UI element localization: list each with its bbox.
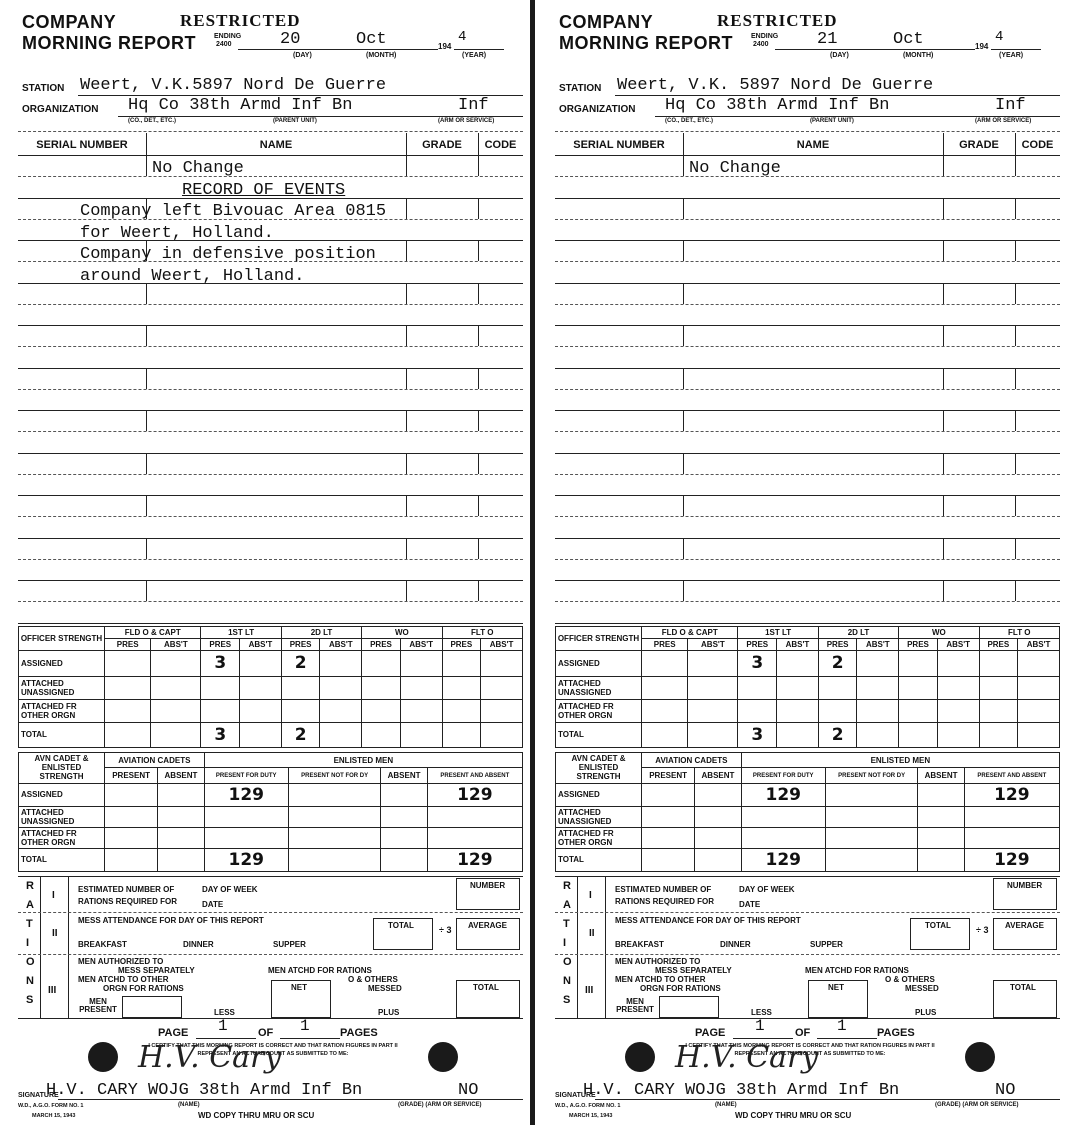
- officer-cell: [857, 651, 899, 676]
- officer-cell: [320, 722, 362, 747]
- form-date: MARCH 15, 1943: [569, 1113, 612, 1119]
- rations-side-letter: I: [563, 937, 566, 949]
- enlisted-cell: [642, 806, 695, 827]
- officer-sub-header: PRES: [738, 639, 777, 651]
- month-label: (MONTH): [903, 52, 933, 59]
- officer-cell: [899, 699, 938, 722]
- page-divider: [530, 0, 535, 1125]
- rations-side-letter: O: [563, 956, 572, 968]
- enlisted-cell: [204, 806, 288, 827]
- enlisted-cell: [964, 806, 1059, 827]
- officer-strength-label: OFFICER STRENGTH: [556, 627, 642, 651]
- enlisted-cell: 129: [427, 783, 522, 806]
- section-ii-number: II: [52, 928, 58, 939]
- men-atchd-rations-label: MEN ATCHD FOR RATIONS: [268, 966, 372, 975]
- officer-cell: [777, 699, 819, 722]
- enlisted-cell: [918, 806, 964, 827]
- rations-side-letter: T: [563, 918, 570, 930]
- officer-cell: [642, 722, 688, 747]
- enlisted-cell: [158, 848, 204, 871]
- officer-cell: [818, 676, 857, 699]
- enlisted-cell: [825, 848, 918, 871]
- officer-cell: [688, 676, 738, 699]
- aviation-cadets-header: AVIATION CADETS: [105, 753, 205, 768]
- station-label: STATION: [559, 83, 601, 94]
- officer-row-label: ASSIGNED: [556, 651, 642, 676]
- form-title-morning-report: MORNING REPORT: [559, 33, 733, 53]
- seal-left-icon: [88, 1042, 118, 1072]
- station-label: STATION: [22, 83, 64, 94]
- rations-side-letter: R: [26, 880, 34, 892]
- enlisted-row-label: ATTACHED UNASSIGNED: [19, 806, 105, 827]
- enlisted-cell: 129: [204, 783, 288, 806]
- officer-cell: [738, 699, 777, 722]
- officer-cell: [151, 722, 201, 747]
- year-label: (YEAR): [462, 52, 486, 59]
- officer-sub-header: PRES: [899, 639, 938, 651]
- messed-label: MESSED: [905, 984, 939, 993]
- form-title-company: COMPANY: [559, 12, 653, 32]
- organization-value: Hq Co 38th Armd Inf Bn: [665, 97, 889, 115]
- officer-cell: [1018, 722, 1060, 747]
- enlisted-cell: [288, 783, 381, 806]
- record-entry: Company in defensive position: [80, 246, 376, 264]
- officer-cell: [937, 699, 979, 722]
- year-prefix: 194: [975, 42, 988, 51]
- officer-cell: [105, 676, 151, 699]
- plus-label: PLUS: [378, 1008, 399, 1017]
- form-number: W.D., A.G.O. FORM NO. 1: [18, 1103, 84, 1109]
- enlisted-cell: [695, 848, 741, 871]
- enlisted-row-label: ASSIGNED: [19, 783, 105, 806]
- men-present-label: MEN PRESENT: [615, 998, 655, 1014]
- officer-cell: [400, 699, 442, 722]
- officer-sub-header: ABS'T: [151, 639, 201, 651]
- officer-cell: [937, 651, 979, 676]
- officer-sub-header: PRES: [201, 639, 240, 651]
- officer-cell: [481, 676, 523, 699]
- officer-group-header: 1ST LT: [738, 627, 818, 639]
- enlisted-strength-table: AVN CADET & ENLISTED STRENGTHAVIATION CA…: [555, 752, 1060, 872]
- enlisted-row-label: TOTAL: [556, 848, 642, 871]
- enlisted-men-header: ENLISTED MEN: [741, 753, 1059, 768]
- officer-group-header: WO: [899, 627, 979, 639]
- name-label: (NAME): [715, 1102, 737, 1108]
- enlisted-cell: 129: [741, 848, 825, 871]
- dinner-label: DINNER: [720, 940, 751, 949]
- record-entry: No Change: [152, 160, 244, 178]
- enlisted-strength-label: AVN CADET & ENLISTED STRENGTH: [19, 753, 105, 784]
- date-label: DATE: [202, 900, 223, 909]
- org-sub-label-1: (CO., DET., ETC.): [665, 118, 713, 124]
- morning-report-oct-20: COMPANY MORNING REPORT RESTRICTED ENDING…: [18, 0, 528, 1125]
- officer-cell: [642, 651, 688, 676]
- officer-strength-table: OFFICER STRENGTHFLD O & CAPT1ST LT2D LTW…: [18, 626, 523, 748]
- morning-report-oct-21: COMPANY MORNING REPORT RESTRICTED ENDING…: [555, 0, 1065, 1125]
- officer-sub-header: PRES: [979, 639, 1018, 651]
- rations-side-letter: A: [563, 899, 571, 911]
- handwritten-signature: H.V. Cary: [138, 1040, 281, 1075]
- officer-cell: [937, 722, 979, 747]
- enlisted-cell: [288, 827, 381, 848]
- officer-cell: [105, 699, 151, 722]
- enlisted-col-header: PRESENT AND ABSENT: [964, 768, 1059, 783]
- men-present-box: [659, 996, 719, 1018]
- enlisted-row-label: ATTACHED FR OTHER ORGN: [556, 827, 642, 848]
- o-others-label: O & OTHERS: [885, 975, 935, 984]
- record-entry: No Change: [689, 160, 781, 178]
- enlisted-cell: [158, 827, 204, 848]
- officer-cell: [105, 651, 151, 676]
- enlisted-cell: [105, 783, 158, 806]
- enlisted-cell: [381, 848, 427, 871]
- org-sub-label-3: (ARM OR SERVICE): [438, 118, 494, 124]
- enlisted-cell: [918, 848, 964, 871]
- officer-group-header: 1ST LT: [201, 627, 281, 639]
- officer-sub-header: ABS'T: [688, 639, 738, 651]
- total-label-2: TOTAL: [473, 983, 499, 992]
- officer-cell: [688, 699, 738, 722]
- footer-text: WD COPY THRU MRU OR SCU: [198, 1111, 314, 1120]
- rations-side-letter: I: [26, 937, 29, 949]
- officer-cell: 3: [738, 651, 777, 676]
- rations-side-letter: T: [26, 918, 33, 930]
- officer-cell: [201, 699, 240, 722]
- enlisted-cell: [642, 827, 695, 848]
- officer-cell: [937, 676, 979, 699]
- footer-text: WD COPY THRU MRU OR SCU: [735, 1111, 851, 1120]
- organization-label: ORGANIZATION: [22, 104, 98, 115]
- signer-grade: NO: [458, 1082, 478, 1100]
- officer-cell: 2: [281, 651, 320, 676]
- men-authorized-label: MEN AUTHORIZED TO: [78, 957, 163, 966]
- aviation-cadets-header: AVIATION CADETS: [642, 753, 742, 768]
- officer-sub-header: ABS'T: [400, 639, 442, 651]
- officer-group-header: WO: [362, 627, 442, 639]
- officer-cell: [281, 699, 320, 722]
- enlisted-cell: 129: [204, 848, 288, 871]
- officer-sub-header: PRES: [818, 639, 857, 651]
- estimated-number-label: ESTIMATED NUMBER OF: [78, 885, 174, 894]
- col-serial-number: SERIAL NUMBER: [555, 139, 683, 151]
- officer-cell: [240, 651, 282, 676]
- enlisted-cell: [695, 827, 741, 848]
- rations-side-letter: S: [26, 994, 33, 1006]
- page-number: 1: [218, 1017, 228, 1035]
- plus-label: PLUS: [915, 1008, 936, 1017]
- enlisted-cell: [825, 783, 918, 806]
- enlisted-col-header: ABSENT: [918, 768, 964, 783]
- supper-label: SUPPER: [810, 940, 843, 949]
- enlisted-col-header: ABSENT: [695, 768, 741, 783]
- enlisted-men-header: ENLISTED MEN: [204, 753, 522, 768]
- station-value: Weert, V.K. 5897 Nord De Guerre: [617, 77, 933, 95]
- handwritten-signature: H.V. Cary: [675, 1040, 818, 1075]
- col-code: CODE: [1015, 139, 1060, 151]
- officer-sub-header: PRES: [105, 639, 151, 651]
- enlisted-cell: [288, 848, 381, 871]
- officer-cell: [857, 699, 899, 722]
- average-label: AVERAGE: [1005, 921, 1044, 930]
- rations-side-letter: A: [26, 899, 34, 911]
- number-label: NUMBER: [470, 881, 505, 890]
- signer-name: H.V. CARY WOJG 38th Armd Inf Bn: [46, 1082, 362, 1100]
- enlisted-cell: [381, 783, 427, 806]
- officer-cell: [818, 699, 857, 722]
- officer-cell: [151, 651, 201, 676]
- col-grade: GRADE: [943, 139, 1015, 151]
- enlisted-cell: 129: [964, 783, 1059, 806]
- enlisted-cell: [105, 848, 158, 871]
- enlisted-col-header: PRESENT AND ABSENT: [427, 768, 522, 783]
- officer-sub-header: ABS'T: [937, 639, 979, 651]
- officer-row-label: TOTAL: [556, 722, 642, 747]
- officer-cell: [400, 722, 442, 747]
- signer-name: H.V. CARY WOJG 38th Armd Inf Bn: [583, 1082, 899, 1100]
- enlisted-cell: [642, 848, 695, 871]
- ending-time: 2400: [753, 41, 769, 48]
- seal-left-icon: [625, 1042, 655, 1072]
- enlisted-cell: [288, 806, 381, 827]
- men-atchd-other-label: MEN ATCHD TO OTHER: [78, 975, 169, 984]
- officer-cell: [738, 676, 777, 699]
- officer-row-label: TOTAL: [19, 722, 105, 747]
- officer-cell: [777, 722, 819, 747]
- rations-side-letter: N: [563, 975, 571, 987]
- officer-cell: [777, 676, 819, 699]
- average-label: AVERAGE: [468, 921, 507, 930]
- officer-cell: [442, 699, 481, 722]
- officer-sub-header: ABS'T: [240, 639, 282, 651]
- page-total: 1: [300, 1017, 310, 1035]
- enlisted-cell: [204, 827, 288, 848]
- section-i-number: I: [52, 890, 55, 901]
- enlisted-row-label: TOTAL: [19, 848, 105, 871]
- enlisted-col-header: PRESENT: [105, 768, 158, 783]
- enlisted-row-label: ASSIGNED: [556, 783, 642, 806]
- officer-cell: [481, 699, 523, 722]
- officer-cell: [481, 722, 523, 747]
- officer-cell: [240, 699, 282, 722]
- enlisted-col-header: PRESENT: [642, 768, 695, 783]
- officer-cell: [979, 676, 1018, 699]
- restricted-stamp: RESTRICTED: [717, 11, 838, 31]
- grade-label: (GRADE) (ARM OR SERVICE): [398, 1102, 482, 1108]
- seal-right-icon: [428, 1042, 458, 1072]
- officer-cell: [151, 699, 201, 722]
- org-sub-label-2: (PARENT UNIT): [273, 118, 317, 124]
- col-code: CODE: [478, 139, 523, 151]
- officer-group-header: FLT O: [979, 627, 1059, 639]
- mess-attendance-label: MESS ATTENDANCE FOR DAY OF THIS REPORT: [78, 916, 264, 925]
- officer-sub-header: PRES: [442, 639, 481, 651]
- enlisted-cell: 129: [964, 848, 1059, 871]
- of-label: OF: [795, 1027, 810, 1039]
- officer-strength-label: OFFICER STRENGTH: [19, 627, 105, 651]
- officer-cell: [1018, 651, 1060, 676]
- officer-cell: [281, 676, 320, 699]
- ending-label: ENDING: [214, 33, 241, 40]
- record-entry: RECORD OF EVENTS: [182, 182, 345, 200]
- officer-cell: [151, 676, 201, 699]
- officer-group-header: FLT O: [442, 627, 522, 639]
- page-label: PAGE: [158, 1027, 188, 1039]
- officer-cell: [899, 722, 938, 747]
- officer-cell: [442, 651, 481, 676]
- year-prefix: 194: [438, 42, 451, 51]
- officer-cell: [240, 676, 282, 699]
- officer-cell: [362, 699, 401, 722]
- mess-separately-label: MESS SEPARATELY: [118, 966, 195, 975]
- page-number: 1: [755, 1017, 765, 1035]
- officer-sub-header: ABS'T: [1018, 639, 1060, 651]
- enlisted-cell: [825, 827, 918, 848]
- org-sub-label-2: (PARENT UNIT): [810, 118, 854, 124]
- report-month: Oct: [893, 31, 924, 49]
- officer-cell: [642, 699, 688, 722]
- report-day: 21: [817, 31, 837, 49]
- officer-cell: 2: [818, 722, 857, 747]
- officer-row-label: ATTACHED FR OTHER ORGN: [19, 699, 105, 722]
- officer-group-header: FLD O & CAPT: [642, 627, 738, 639]
- enlisted-cell: [918, 827, 964, 848]
- officer-sub-header: PRES: [362, 639, 401, 651]
- enlisted-cell: 129: [427, 848, 522, 871]
- day-of-week-label: DAY OF WEEK: [202, 885, 258, 894]
- enlisted-col-header: PRESENT NOT FOR DY: [288, 768, 381, 783]
- enlisted-cell: [964, 827, 1059, 848]
- col-serial-number: SERIAL NUMBER: [18, 139, 146, 151]
- enlisted-cell: [427, 806, 522, 827]
- officer-cell: [857, 676, 899, 699]
- arm-service-value: Inf: [458, 97, 489, 115]
- officer-cell: [362, 722, 401, 747]
- enlisted-cell: [427, 827, 522, 848]
- supper-label: SUPPER: [273, 940, 306, 949]
- officer-cell: [979, 699, 1018, 722]
- officer-cell: 3: [201, 651, 240, 676]
- officer-cell: [688, 722, 738, 747]
- officer-cell: [899, 651, 938, 676]
- mess-attendance-label: MESS ATTENDANCE FOR DAY OF THIS REPORT: [615, 916, 801, 925]
- officer-cell: [105, 722, 151, 747]
- breakfast-label: BREAKFAST: [78, 940, 127, 949]
- enlisted-col-header: ABSENT: [158, 768, 204, 783]
- officer-group-header: 2D LT: [281, 627, 361, 639]
- seal-right-icon: [965, 1042, 995, 1072]
- divide-by-three: ÷ 3: [976, 925, 988, 935]
- men-present-box: [122, 996, 182, 1018]
- total-label-2: TOTAL: [1010, 983, 1036, 992]
- officer-cell: [320, 676, 362, 699]
- officer-cell: [442, 722, 481, 747]
- officer-cell: [688, 651, 738, 676]
- record-entry: for Weert, Holland.: [80, 225, 274, 243]
- enlisted-cell: [105, 827, 158, 848]
- name-label: (NAME): [178, 1102, 200, 1108]
- enlisted-cell: [918, 783, 964, 806]
- officer-cell: [1018, 676, 1060, 699]
- officer-strength-table: OFFICER STRENGTHFLD O & CAPT1ST LT2D LTW…: [555, 626, 1060, 748]
- restricted-stamp: RESTRICTED: [180, 11, 301, 31]
- col-grade: GRADE: [406, 139, 478, 151]
- enlisted-col-header: PRESENT FOR DUTY: [741, 768, 825, 783]
- officer-cell: [442, 676, 481, 699]
- enlisted-cell: [741, 827, 825, 848]
- enlisted-cell: [158, 783, 204, 806]
- divide-by-three: ÷ 3: [439, 925, 451, 935]
- enlisted-cell: [642, 783, 695, 806]
- officer-cell: [201, 676, 240, 699]
- officer-cell: 3: [738, 722, 777, 747]
- section-i-number: I: [589, 890, 592, 901]
- officer-group-header: FLD O & CAPT: [105, 627, 201, 639]
- form-title-morning-report: MORNING REPORT: [22, 33, 196, 53]
- enlisted-col-header: ABSENT: [381, 768, 427, 783]
- breakfast-label: BREAKFAST: [615, 940, 664, 949]
- total-label: TOTAL: [925, 921, 951, 930]
- officer-cell: [362, 651, 401, 676]
- officer-row-label: ASSIGNED: [19, 651, 105, 676]
- officer-group-header: 2D LT: [818, 627, 898, 639]
- officer-row-label: ATTACHED FR OTHER ORGN: [556, 699, 642, 722]
- less-label: LESS: [751, 1008, 772, 1017]
- ending-label: ENDING: [751, 33, 778, 40]
- enlisted-cell: [381, 827, 427, 848]
- date-label: DATE: [739, 900, 760, 909]
- officer-cell: [777, 651, 819, 676]
- org-sub-label-1: (CO., DET., ETC.): [128, 118, 176, 124]
- officer-sub-header: ABS'T: [320, 639, 362, 651]
- section-iii-number: III: [48, 985, 56, 996]
- enlisted-cell: [695, 806, 741, 827]
- page-total: 1: [837, 1017, 847, 1035]
- officer-cell: [899, 676, 938, 699]
- officer-cell: [362, 676, 401, 699]
- grade-label: (GRADE) (ARM OR SERVICE): [935, 1102, 1019, 1108]
- messed-label: MESSED: [368, 984, 402, 993]
- officer-cell: 2: [818, 651, 857, 676]
- total-label: TOTAL: [388, 921, 414, 930]
- enlisted-cell: 129: [741, 783, 825, 806]
- organization-value: Hq Co 38th Armd Inf Bn: [128, 97, 352, 115]
- men-atchd-rations-label: MEN ATCHD FOR RATIONS: [805, 966, 909, 975]
- enlisted-row-label: ATTACHED UNASSIGNED: [556, 806, 642, 827]
- organization-label: ORGANIZATION: [559, 104, 635, 115]
- enlisted-strength-table: AVN CADET & ENLISTED STRENGTHAVIATION CA…: [18, 752, 523, 872]
- officer-cell: [481, 651, 523, 676]
- enlisted-strength-label: AVN CADET & ENLISTED STRENGTH: [556, 753, 642, 784]
- officer-sub-header: PRES: [642, 639, 688, 651]
- record-entry: Company left Bivouac Area 0815: [80, 203, 386, 221]
- net-label: NET: [291, 983, 307, 992]
- orgn-rations-label: ORGN FOR RATIONS: [103, 984, 184, 993]
- signer-grade: NO: [995, 1082, 1015, 1100]
- section-iii-number: III: [585, 985, 593, 996]
- estimated-number-label: ESTIMATED NUMBER OF: [615, 885, 711, 894]
- men-present-label: MEN PRESENT: [78, 998, 118, 1014]
- men-authorized-label: MEN AUTHORIZED TO: [615, 957, 700, 966]
- officer-row-label: ATTACHED UNASSIGNED: [19, 676, 105, 699]
- orgn-rations-label: ORGN FOR RATIONS: [640, 984, 721, 993]
- officer-row-label: ATTACHED UNASSIGNED: [556, 676, 642, 699]
- form-date: MARCH 15, 1943: [32, 1113, 75, 1119]
- officer-cell: [979, 722, 1018, 747]
- form-number: W.D., A.G.O. FORM NO. 1: [555, 1103, 621, 1109]
- officer-cell: [400, 676, 442, 699]
- net-label: NET: [828, 983, 844, 992]
- form-title-company: COMPANY: [22, 12, 116, 32]
